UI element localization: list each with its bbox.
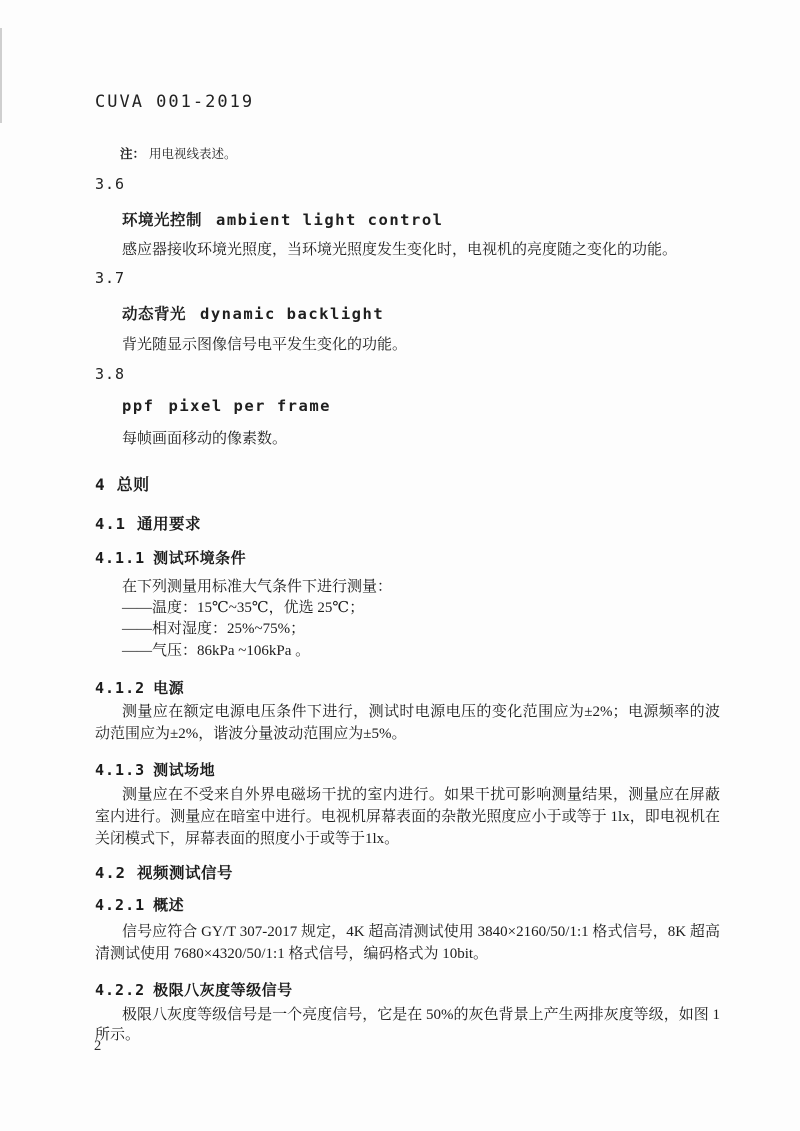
paragraph-4-2-1: 信号应符合 GY/T 307-2017 规定，4K 超高清测试使用 3840×2… [95, 921, 720, 965]
clause-heading-4-1-1: 4.1.1测试环境条件 [95, 547, 246, 568]
document-page: CUVA 001-2019 注：用电视线表述。 3.6 环境光控制ambient… [0, 0, 800, 1131]
clause-heading-4-2-2: 4.2.2极限八灰度等级信号 [95, 979, 293, 1000]
term-number-3-6: 3.6 [95, 175, 125, 193]
term-en: pixel per frame [169, 397, 331, 415]
clause-title: 测试环境条件 [153, 550, 246, 567]
clause-title: 测试场地 [153, 762, 215, 779]
clause-number: 4.1.1 [95, 549, 145, 567]
paragraph-4-1-3: 测量应在不受来自外界电磁场干扰的室内进行。如果干扰可影响测量结果，测量应在屏蔽室… [95, 784, 720, 850]
clause-heading-4: 4总则 [95, 472, 150, 495]
note-line: 注：用电视线表述。 [120, 146, 237, 163]
clause-heading-4-1-3: 4.1.3测试场地 [95, 759, 215, 780]
running-header: CUVA 001-2019 [95, 92, 254, 112]
scan-artifact [0, 28, 2, 123]
clause-heading-4-2-1: 4.2.1概述 [95, 894, 184, 915]
clause-number: 4 [95, 475, 106, 494]
clause-heading-4-2: 4.2视频测试信号 [95, 861, 233, 883]
term-abbr: ppf [122, 397, 155, 415]
paragraph-4-2-2: 极限八灰度等级信号是一个亮度信号，它是在 50%的灰色背景上产生两排灰度等级，如… [95, 1005, 720, 1045]
clause-number: 4.1.3 [95, 761, 145, 779]
term-number-3-7: 3.7 [95, 269, 125, 287]
dash-list-item-temperature: ——温度：15℃~35℃，优选 25℃； [95, 598, 720, 618]
term-definition-3-7: 背光随显示图像信号电平发生变化的功能。 [95, 335, 720, 355]
note-label: 注： [120, 147, 145, 161]
clause-number: 4.2.2 [95, 981, 145, 999]
term-cn: 环境光控制 [122, 212, 202, 229]
paragraph-4-1-1-intro: 在下列测量用标准大气条件下进行测量： [95, 577, 720, 597]
clause-title: 总则 [117, 477, 150, 494]
clause-title: 电源 [153, 680, 184, 697]
clause-title: 通用要求 [137, 516, 201, 533]
clause-title: 概述 [153, 897, 184, 914]
term-definition-3-6: 感应器接收环境光照度，当环境光照度发生变化时，电视机的亮度随之变化的功能。 [95, 240, 720, 260]
page-number: 2 [94, 1038, 101, 1055]
term-en: ambient light control [216, 211, 443, 229]
clause-title: 极限八灰度等级信号 [153, 982, 293, 999]
term-heading-3-8: ppfpixel per frame [122, 397, 331, 416]
term-number-3-8: 3.8 [95, 365, 125, 383]
term-heading-3-7: 动态背光dynamic backlight [122, 302, 384, 324]
clause-heading-4-1-2: 4.1.2电源 [95, 677, 184, 698]
clause-title: 视频测试信号 [137, 865, 233, 882]
term-heading-3-6: 环境光控制ambient light control [122, 208, 443, 230]
clause-number: 4.1 [95, 515, 126, 533]
paragraph-4-1-2: 测量应在额定电源电压条件下进行，测试时电源电压的变化范围应为±2%；电源频率的波… [95, 701, 720, 745]
clause-heading-4-1: 4.1通用要求 [95, 512, 201, 534]
term-en: dynamic backlight [200, 305, 384, 323]
note-text: 用电视线表述。 [149, 147, 237, 161]
term-definition-3-8: 每帧画面移动的像素数。 [95, 429, 720, 449]
clause-number: 4.2.1 [95, 896, 145, 914]
clause-number: 4.2 [95, 864, 126, 882]
dash-list-item-humidity: ——相对湿度：25%~75%； [95, 619, 720, 639]
clause-number: 4.1.2 [95, 679, 145, 697]
term-cn: 动态背光 [122, 306, 186, 323]
dash-list-item-pressure: ——气压：86kPa ~106kPa 。 [95, 641, 720, 661]
